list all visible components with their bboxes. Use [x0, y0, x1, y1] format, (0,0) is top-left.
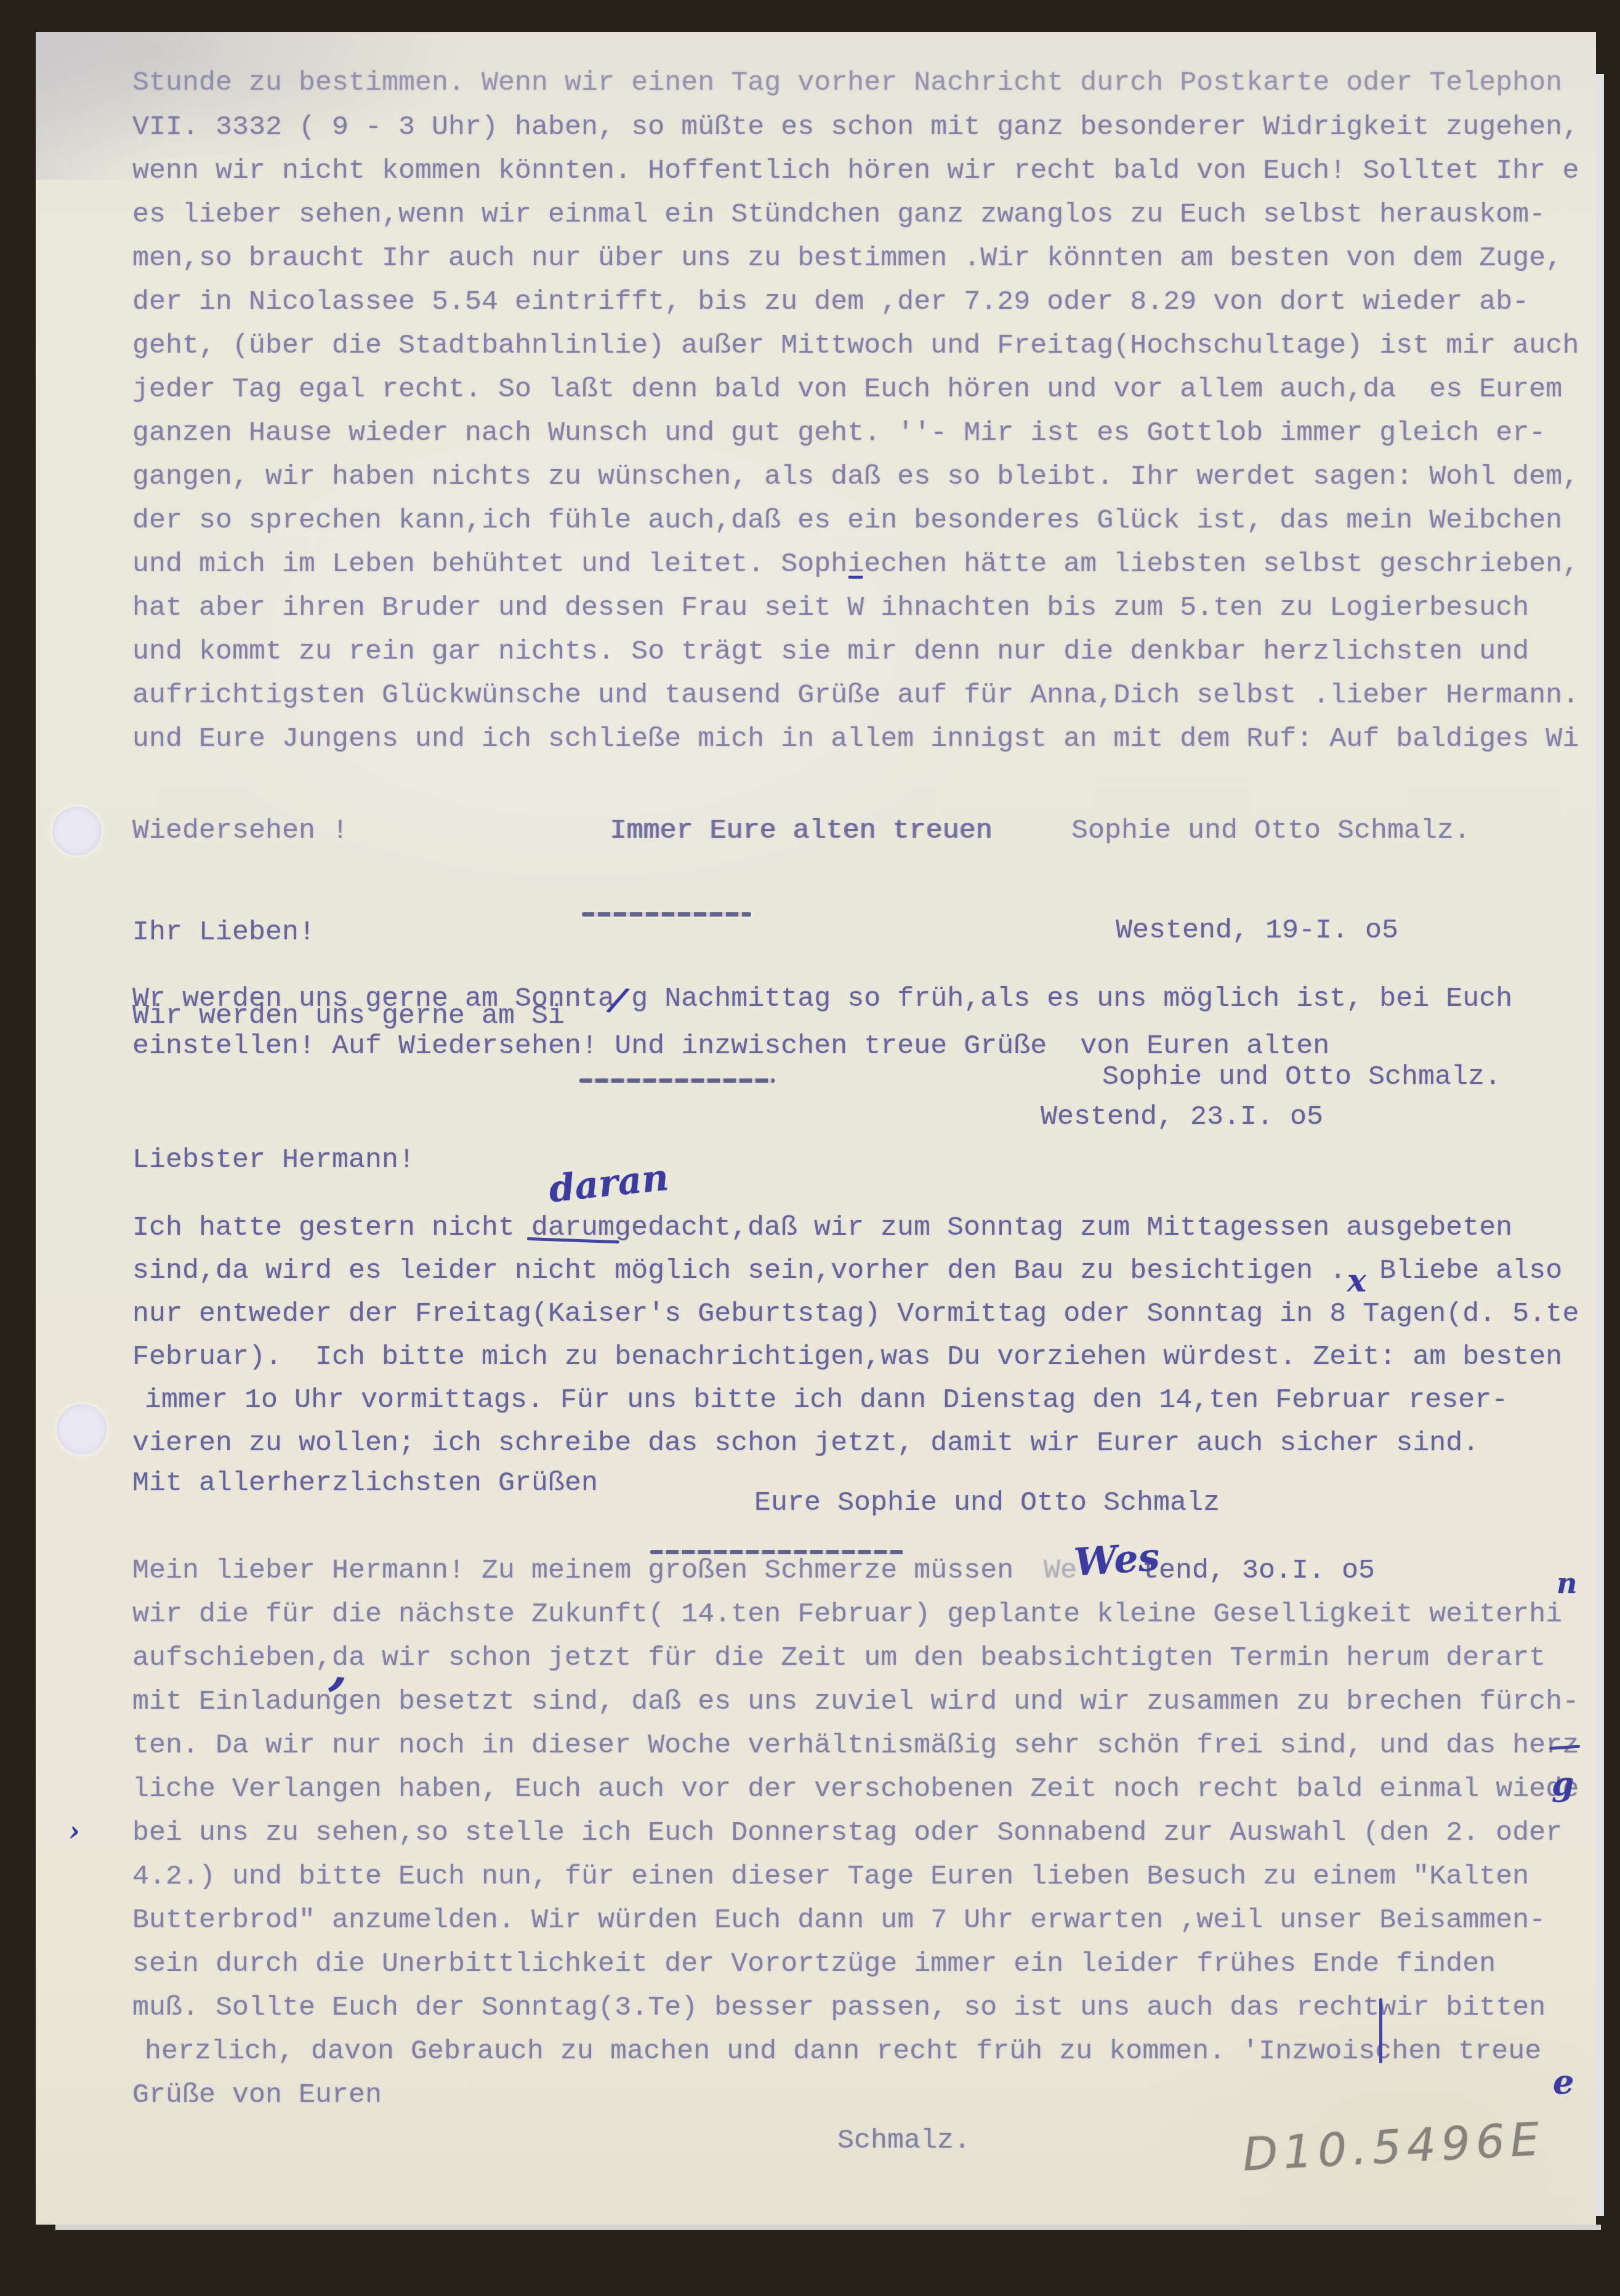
typed-line: muß. Sollte Euch der Sonntag(3.Te) besse…	[132, 1994, 1545, 2021]
typed-line: wir die für die nächste Zukunft( 14.ten …	[132, 1600, 1562, 1628]
typed-line: einstellen! Auf Wiedersehen! Und inzwisc…	[132, 1032, 1329, 1060]
typed-line: geht, (über die Stadtbahnlinlie) außer M…	[132, 332, 1579, 359]
typed-line: es lieber sehen,wenn wir einmal ein Stün…	[132, 201, 1545, 228]
typed-divider-rule	[579, 1078, 775, 1083]
typed-line: der so sprechen kann,ich fühle auch,daß …	[132, 507, 1562, 534]
typed-line: gangen, wir haben nichts zu wünschen, al…	[132, 463, 1579, 491]
typed-line: jeder Tag egal recht. So laßt denn bald …	[132, 375, 1562, 403]
punch-hole	[52, 806, 102, 856]
typed-line: und Eure Jungens und ich schließe mich i…	[132, 725, 1579, 753]
typed-line: Sophie und Otto Schmalz.	[1102, 1063, 1501, 1091]
paper-edge-bottom	[55, 2225, 1601, 2230]
typed-line: Immer Eure alten treuen	[610, 817, 992, 845]
typed-line: herzlich, davon Gebrauch zu machen und d…	[145, 2037, 1541, 2065]
typed-line: sein durch die Unerbittlichkeit der Voro…	[132, 1950, 1496, 1978]
ink-separator-stroke	[1379, 1998, 1382, 2063]
ink-x-mark: x	[1347, 1262, 1366, 1299]
typed-line: Mein lieber Hermann! Zu meinem großen Sc…	[132, 1557, 1014, 1584]
typed-line: liche Verlangen haben, Euch auch vor der…	[132, 1775, 1579, 1803]
typed-line: wenn wir nicht kommen könnten. Hoffentli…	[132, 157, 1579, 185]
ink-margin-squiggle: g	[1552, 1765, 1574, 1803]
typed-line: tend, 3o.I. o5	[1142, 1557, 1375, 1584]
ink-margin-caret: ›	[69, 1816, 80, 1847]
typed-line: Westend, 23.I. o5	[1041, 1103, 1323, 1131]
photographed-letter-scan: Stunde zu bestimmen. Wenn wir einen Tag …	[0, 0, 1620, 2296]
typed-divider-rule	[582, 912, 751, 917]
ink-superscript-n: n	[1557, 1567, 1577, 1600]
typed-line: Eure Sophie und Otto Schmalz	[754, 1489, 1220, 1517]
punch-hole	[57, 1404, 107, 1455]
typed-line: Wir werden uns gerne am Si	[132, 1002, 565, 1030]
typed-line: Grüße von Euren	[132, 2081, 382, 2109]
typed-line: VII. 3332 ( 9 - 3 Uhr) haben, so müßte e…	[132, 113, 1579, 141]
typed-line: nur entweder der Freitag(Kaiser's Geburt…	[132, 1300, 1579, 1328]
typed-line: Westend, 19-I. o5	[1116, 917, 1398, 944]
typed-line: We	[1044, 1557, 1077, 1584]
typed-line: gedacht,daß wir zum Sonntag zum Mittages…	[615, 1214, 1512, 1242]
typed-line: Butterbrod" anzumelden. Wir würden Euch …	[132, 1906, 1545, 1934]
typed-line: ganzen Hause wieder nach Wunsch und gut …	[132, 419, 1545, 447]
typed-line: Februar). Ich bitte mich zu benachrichti…	[132, 1343, 1562, 1371]
typed-line: ten. Da wir nur noch in dieser Woche ver…	[132, 1732, 1579, 1759]
typed-line: und kommt zu rein gar nichts. So trägt s…	[132, 638, 1529, 665]
typed-line: Schmalz.	[837, 2127, 970, 2154]
typed-line: 4.2.) und bitte Euch nun, für einen dies…	[132, 1863, 1529, 1890]
typed-divider-rule	[650, 1550, 903, 1554]
typed-line: vieren zu wollen; ich schreibe das schon…	[132, 1429, 1479, 1457]
typed-line: Stunde zu bestimmen. Wenn wir einen Tag …	[132, 69, 1562, 97]
typed-line: Wiedersehen !	[132, 817, 349, 845]
typed-line: hat aber ihren Bruder und dessen Frau se…	[132, 594, 1529, 622]
typed-line: immer 1o Uhr vormittags. Für uns bitte i…	[145, 1386, 1508, 1414]
typed-line: aufrichtigsten Glückwünsche und tausend …	[132, 681, 1579, 709]
typed-line: men,so braucht Ihr auch nur über uns zu …	[132, 244, 1562, 272]
typed-line: mit Einladungen besetzt sind, daß es uns…	[132, 1688, 1579, 1716]
typed-line: Ihr Lieben!	[132, 918, 315, 946]
typed-line: Liebster Hermann!	[132, 1146, 415, 1174]
typed-line: Mit allerherzlichsten Grüßen	[132, 1469, 598, 1497]
typed-line: Sophie und Otto Schmalz.	[1071, 817, 1470, 845]
ink-margin-e: e	[1553, 2062, 1574, 2101]
paper-edge-right	[1596, 74, 1604, 2216]
typed-line: Ich hatte gestern nicht	[132, 1214, 515, 1242]
overstrike-macron: ‾	[848, 571, 863, 604]
typed-line: bei uns zu sehen,so stelle ich Euch Donn…	[132, 1819, 1562, 1847]
ink-overwrite-wes: Wes	[1073, 1534, 1161, 1585]
typed-line: der in Nicolassee 5.54 eintrifft, bis zu…	[132, 288, 1529, 316]
